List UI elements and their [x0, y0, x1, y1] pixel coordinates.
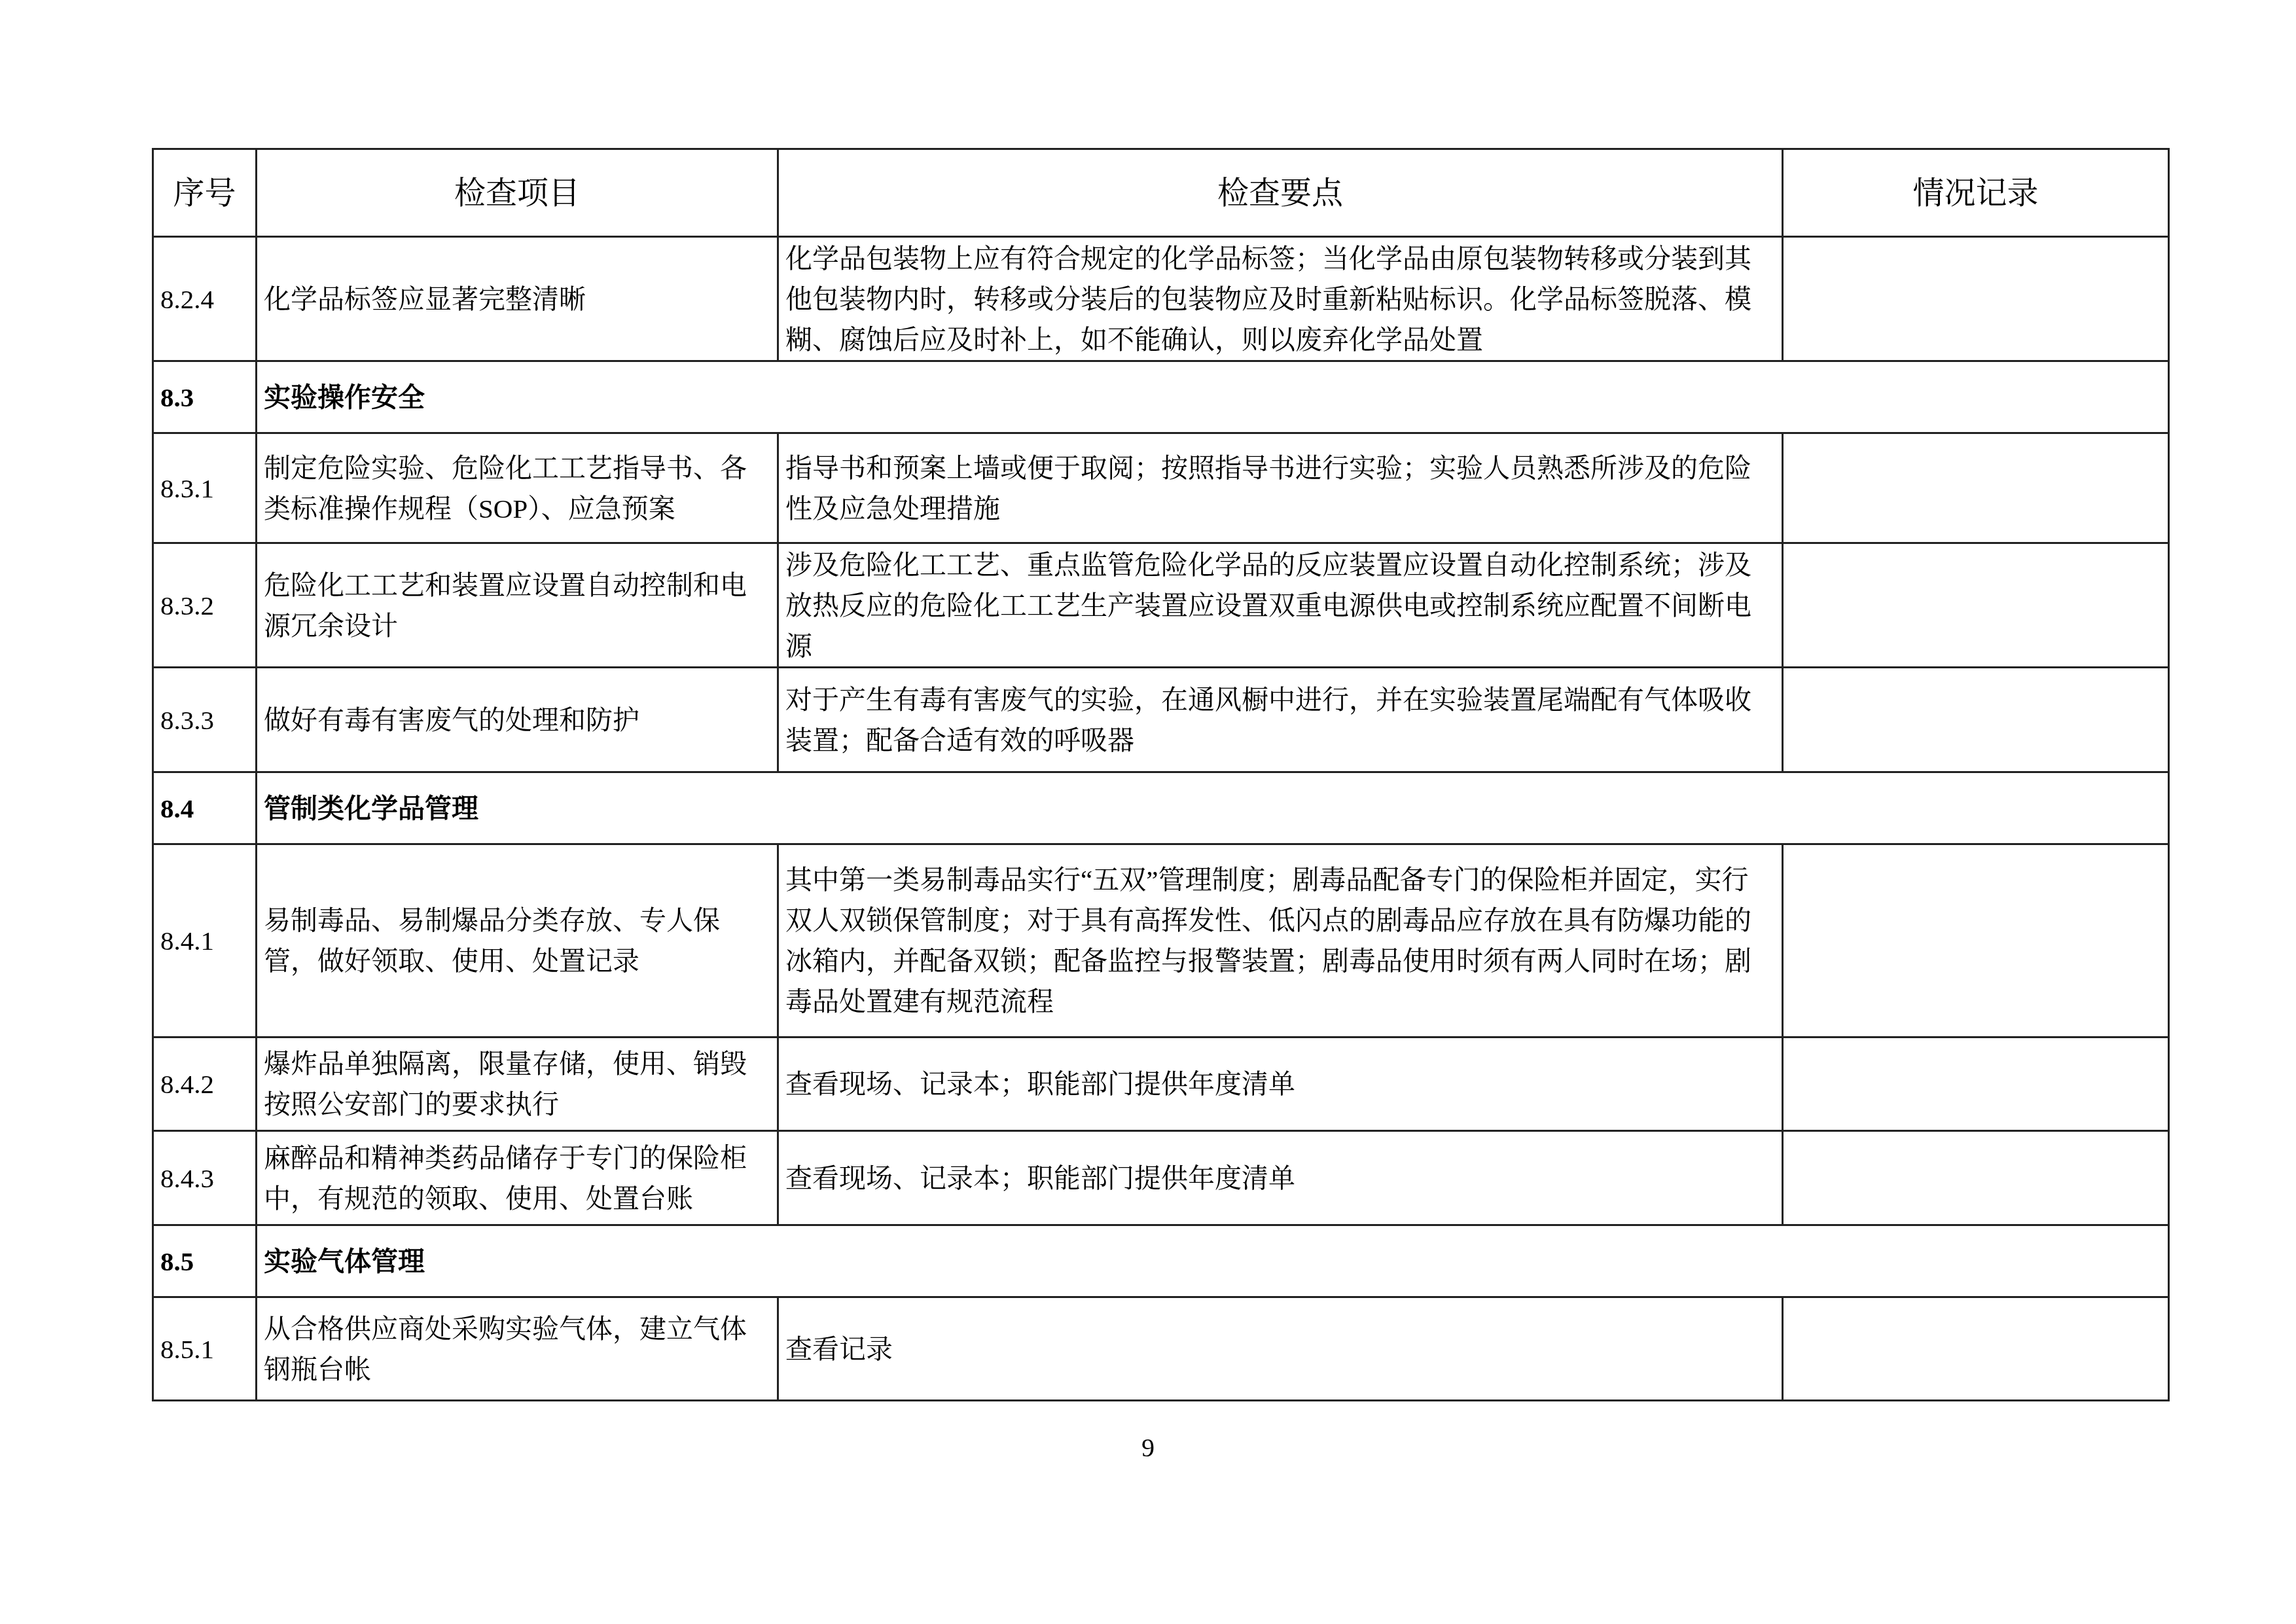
inspection-table: 序号 检查项目 检查要点 情况记录 8.2.4 化学品标签应显著完整清晰 化学品… — [152, 148, 2170, 1401]
row-record[interactable] — [1783, 1131, 2169, 1225]
section-seq: 8.5 — [153, 1225, 257, 1297]
row-item: 制定危险实验、危险化工工艺指导书、各类标准操作规程（SOP）、应急预案 — [257, 433, 778, 543]
row-points: 查看记录 — [778, 1297, 1783, 1401]
row-seq: 8.2.4 — [153, 237, 257, 361]
section-row: 8.4 管制类化学品管理 — [153, 772, 2169, 844]
section-seq: 8.4 — [153, 772, 257, 844]
row-item: 从合格供应商处采购实验气体，建立气体钢瓶台帐 — [257, 1297, 778, 1401]
row-points: 对于产生有毒有害废气的实验，在通风橱中进行，并在实验装置尾端配有气体吸收装置；配… — [778, 668, 1783, 772]
row-points: 查看现场、记录本；职能部门提供年度清单 — [778, 1038, 1783, 1131]
table-row: 8.3.3 做好有毒有害废气的处理和防护 对于产生有毒有害废气的实验，在通风橱中… — [153, 668, 2169, 772]
header-seq: 序号 — [153, 149, 257, 237]
table-row: 8.2.4 化学品标签应显著完整清晰 化学品包装物上应有符合规定的化学品标签；当… — [153, 237, 2169, 361]
header-points: 检查要点 — [778, 149, 1783, 237]
row-points: 化学品包装物上应有符合规定的化学品标签；当化学品由原包装物转移或分装到其他包装物… — [778, 237, 1783, 361]
row-record[interactable] — [1783, 433, 2169, 543]
row-seq: 8.4.2 — [153, 1038, 257, 1131]
row-points: 指导书和预案上墙或便于取阅；按照指导书进行实验；实验人员熟悉所涉及的危险性及应急… — [778, 433, 1783, 543]
table-row: 8.3.1 制定危险实验、危险化工工艺指导书、各类标准操作规程（SOP）、应急预… — [153, 433, 2169, 543]
row-item: 做好有毒有害废气的处理和防护 — [257, 668, 778, 772]
row-record[interactable] — [1783, 1297, 2169, 1401]
row-seq: 8.3.1 — [153, 433, 257, 543]
row-item: 麻醉品和精神类药品储存于专门的保险柜中，有规范的领取、使用、处置台账 — [257, 1131, 778, 1225]
table-row: 8.4.3 麻醉品和精神类药品储存于专门的保险柜中，有规范的领取、使用、处置台账… — [153, 1131, 2169, 1225]
header-row: 序号 检查项目 检查要点 情况记录 — [153, 149, 2169, 237]
page-number: 9 — [0, 1432, 2296, 1463]
section-title: 管制类化学品管理 — [257, 772, 2169, 844]
table-row: 8.3.2 危险化工工艺和装置应设置自动控制和电源冗余设计 涉及危险化工工艺、重… — [153, 543, 2169, 668]
row-seq: 8.4.3 — [153, 1131, 257, 1225]
row-record[interactable] — [1783, 1038, 2169, 1131]
row-seq: 8.3.3 — [153, 668, 257, 772]
row-points: 其中第一类易制毒品实行“五双”管理制度；剧毒品配备专门的保险柜并固定，实行双人双… — [778, 844, 1783, 1038]
row-seq: 8.4.1 — [153, 844, 257, 1038]
table-row: 8.5.1 从合格供应商处采购实验气体，建立气体钢瓶台帐 查看记录 — [153, 1297, 2169, 1401]
header-item: 检查项目 — [257, 149, 778, 237]
section-seq: 8.3 — [153, 361, 257, 433]
row-record[interactable] — [1783, 844, 2169, 1038]
row-record[interactable] — [1783, 668, 2169, 772]
row-record[interactable] — [1783, 543, 2169, 668]
header-record: 情况记录 — [1783, 149, 2169, 237]
row-item: 危险化工工艺和装置应设置自动控制和电源冗余设计 — [257, 543, 778, 668]
table-row: 8.4.2 爆炸品单独隔离，限量存储，使用、销毁按照公安部门的要求执行 查看现场… — [153, 1038, 2169, 1131]
row-item: 化学品标签应显著完整清晰 — [257, 237, 778, 361]
row-seq: 8.5.1 — [153, 1297, 257, 1401]
row-points: 涉及危险化工工艺、重点监管危险化学品的反应装置应设置自动化控制系统；涉及放热反应… — [778, 543, 1783, 668]
section-row: 8.5 实验气体管理 — [153, 1225, 2169, 1297]
row-points: 查看现场、记录本；职能部门提供年度清单 — [778, 1131, 1783, 1225]
row-record[interactable] — [1783, 237, 2169, 361]
row-item: 易制毒品、易制爆品分类存放、专人保管，做好领取、使用、处置记录 — [257, 844, 778, 1038]
row-seq: 8.3.2 — [153, 543, 257, 668]
table-row: 8.4.1 易制毒品、易制爆品分类存放、专人保管，做好领取、使用、处置记录 其中… — [153, 844, 2169, 1038]
section-row: 8.3 实验操作安全 — [153, 361, 2169, 433]
section-title: 实验气体管理 — [257, 1225, 2169, 1297]
section-title: 实验操作安全 — [257, 361, 2169, 433]
row-item: 爆炸品单独隔离，限量存储，使用、销毁按照公安部门的要求执行 — [257, 1038, 778, 1131]
